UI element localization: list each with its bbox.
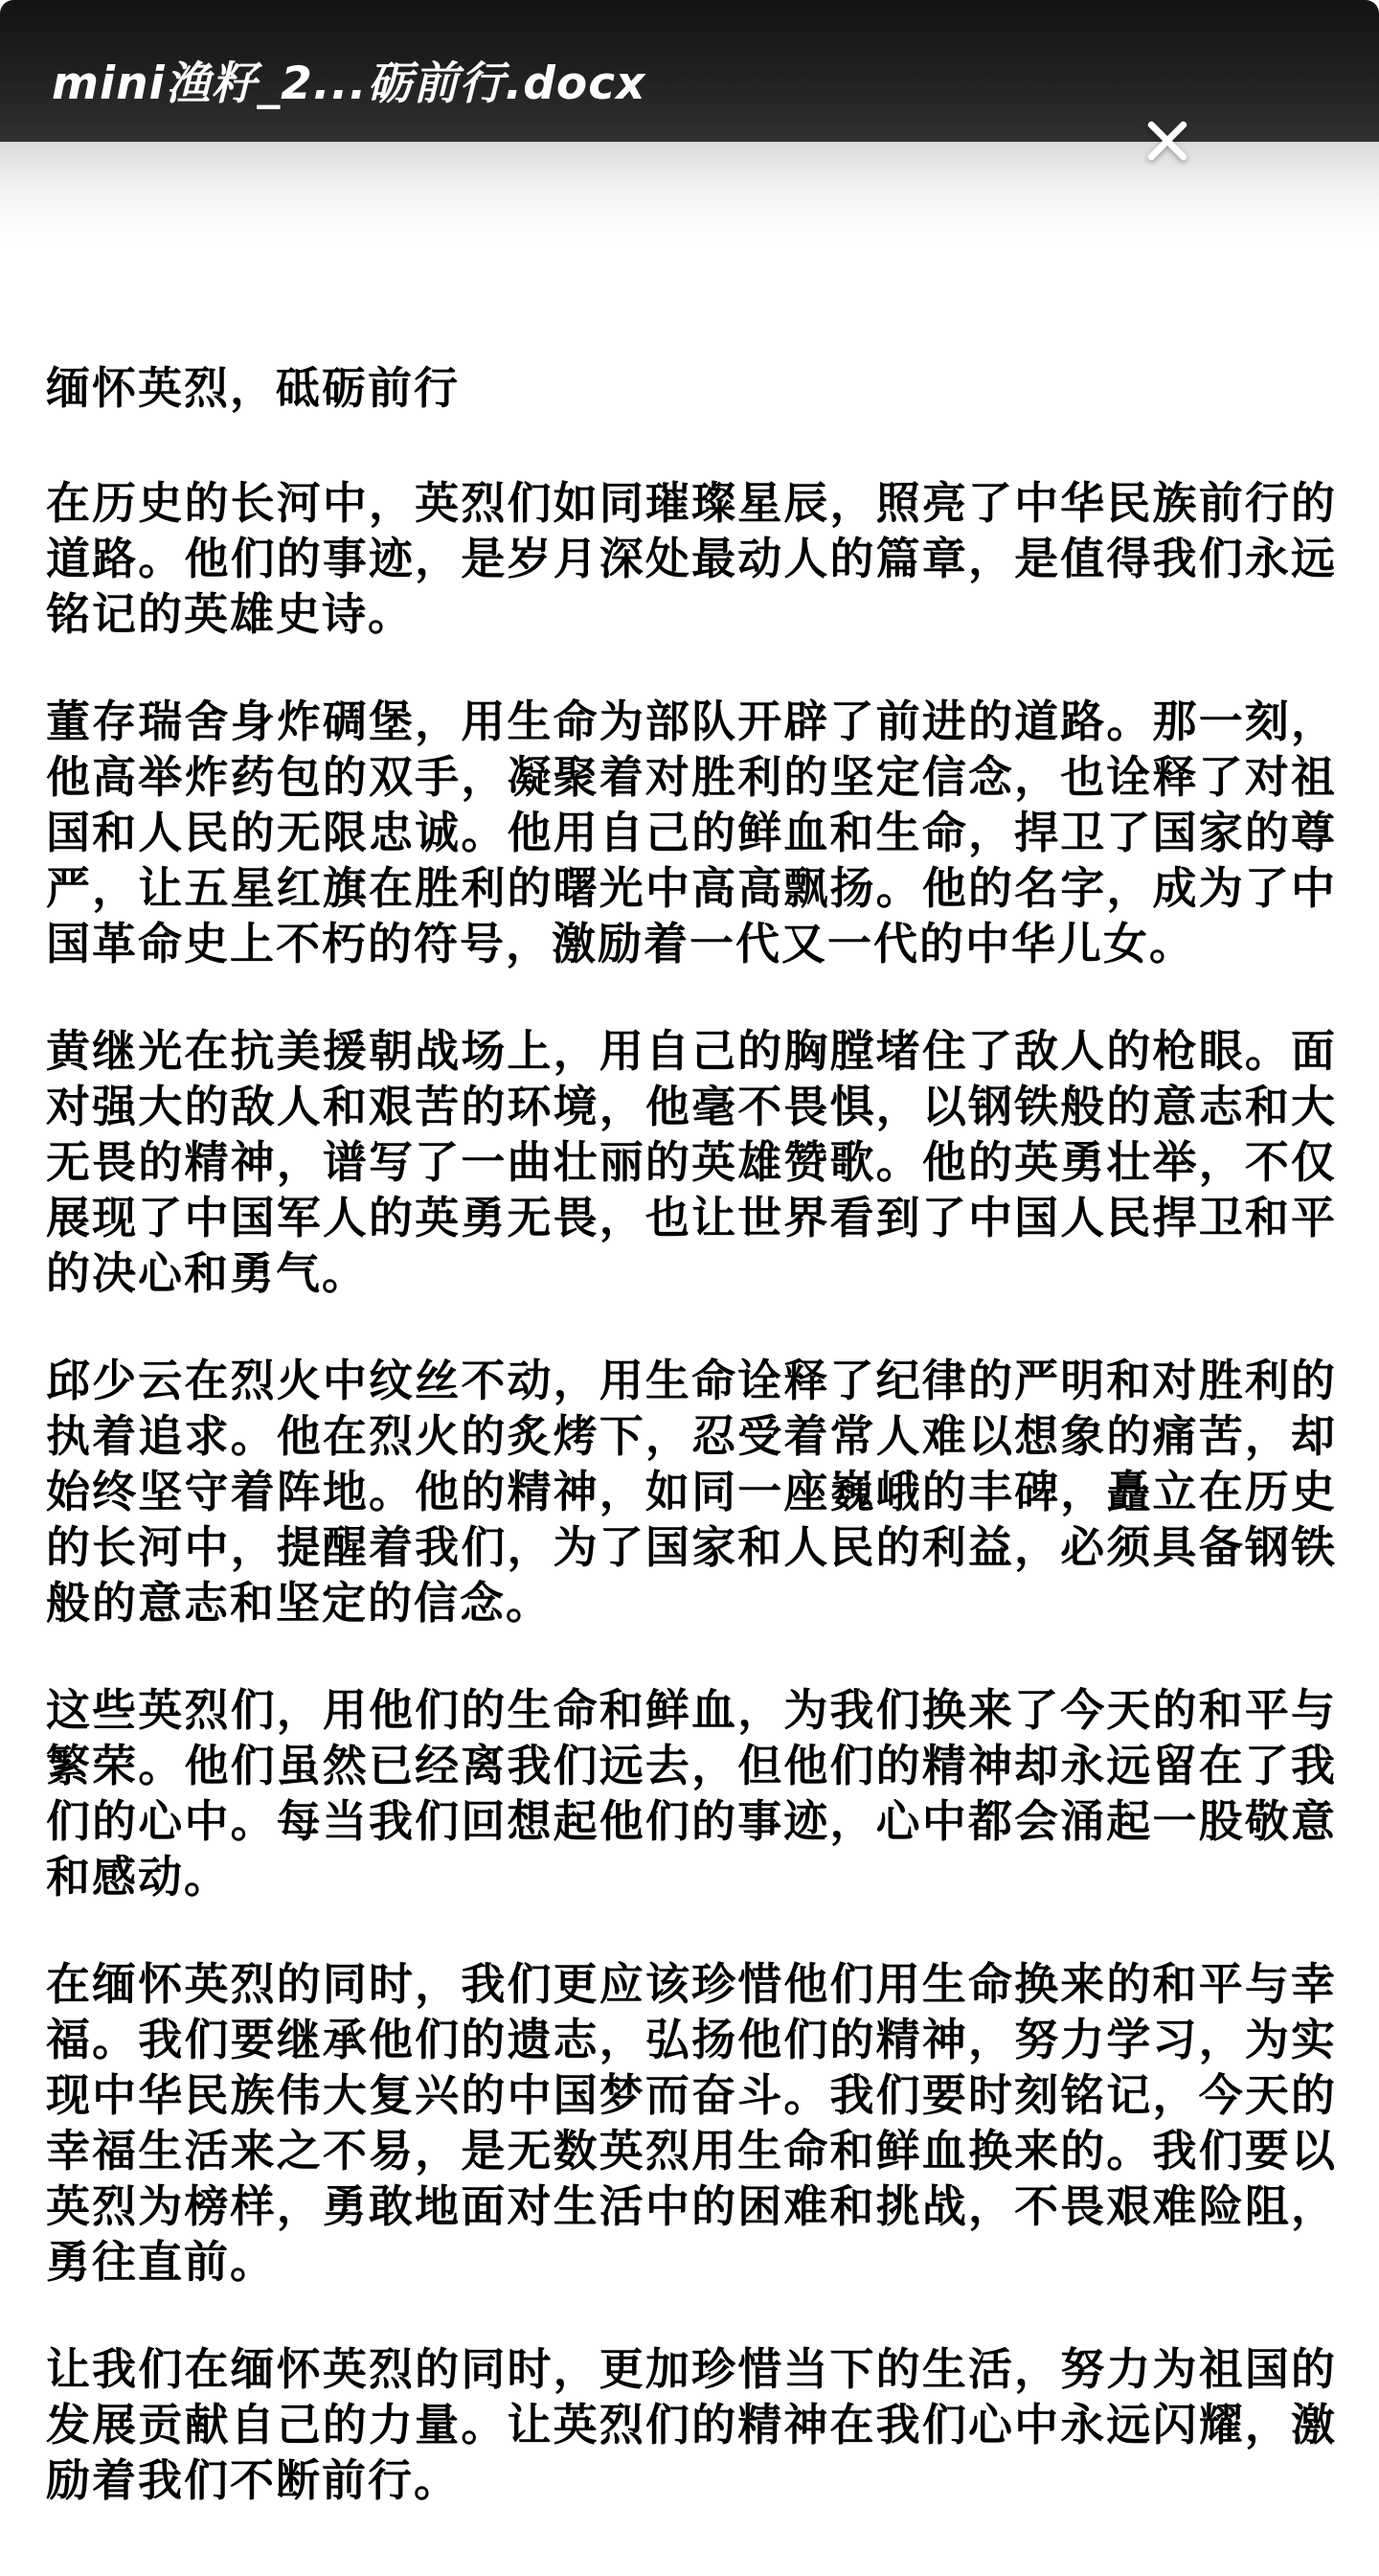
close-icon [1140, 113, 1195, 169]
close-button[interactable] [1140, 113, 1195, 169]
document-page: 缅怀英烈，砥砺前行 在历史的长河中，英烈们如同璀璨星辰，照亮了中华民族前行的道路… [0, 0, 1379, 2560]
paragraph-qiushaoyun: 邱少云在烈火中纹丝不动，用生命诠释了纪律的严明和对胜利的执着追求。他在烈火的炙烤… [46, 1353, 1337, 1630]
paragraph-martyrs-legacy: 这些英烈们，用他们的生命和鲜血，为我们换来了今天的和平与繁荣。他们虽然已经离我们… [46, 1682, 1337, 1904]
file-preview-screen: mini渔籽_2...砺前行.docx 缅怀英烈，砥砺前行 在历史的长河中，英烈… [0, 0, 1379, 2576]
paragraph-history-river: 在历史的长河中，英烈们如同璀璨星辰，照亮了中华民族前行的道路。他们的事迹，是岁月… [46, 475, 1337, 642]
paragraph-closing: 让我们在缅怀英烈的同时，更加珍惜当下的生活，努力为祖国的发展贡献自己的力量。让英… [46, 2341, 1337, 2508]
document-title: 缅怀英烈，砥砺前行 [46, 360, 1337, 416]
paragraph-cherish-peace: 在缅怀英烈的同时，我们更应该珍惜他们用生命换来的和平与幸福。我们要继承他们的遗志… [46, 1956, 1337, 2290]
paragraph-dongcunrui: 董存瑞舍身炸碉堡，用生命为部队开辟了前进的道路。那一刻，他高举炸药包的双手，凝聚… [46, 694, 1337, 971]
paragraph-huangjiguang: 黄继光在抗美援朝战场上，用自己的胸膛堵住了敌人的枪眼。面对强大的敌人和艰苦的环境… [46, 1023, 1337, 1301]
